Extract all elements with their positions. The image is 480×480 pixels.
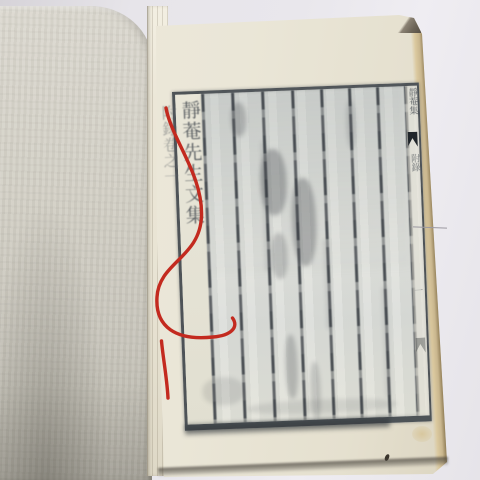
- spine-header-text: 靜菴集: [406, 88, 418, 115]
- print-frame: 靜菴先生文集 附錄卷之一 靜菴集 附錄 一: [172, 83, 432, 431]
- paper-stain: [412, 426, 432, 442]
- spine-page-number: 一: [414, 284, 424, 297]
- ink-smudge: [230, 102, 246, 137]
- book-photo: 靜菴先生文集 附錄卷之一 靜菴集 附錄 一: [0, 0, 480, 480]
- cover-shading: [0, 6, 152, 480]
- lower-fishtail-icon: [415, 337, 426, 352]
- folded-corner: [395, 12, 421, 33]
- spine-section-text: 附錄: [408, 154, 420, 172]
- fishtail-icon: [407, 132, 418, 147]
- left-cover-page: [0, 6, 152, 480]
